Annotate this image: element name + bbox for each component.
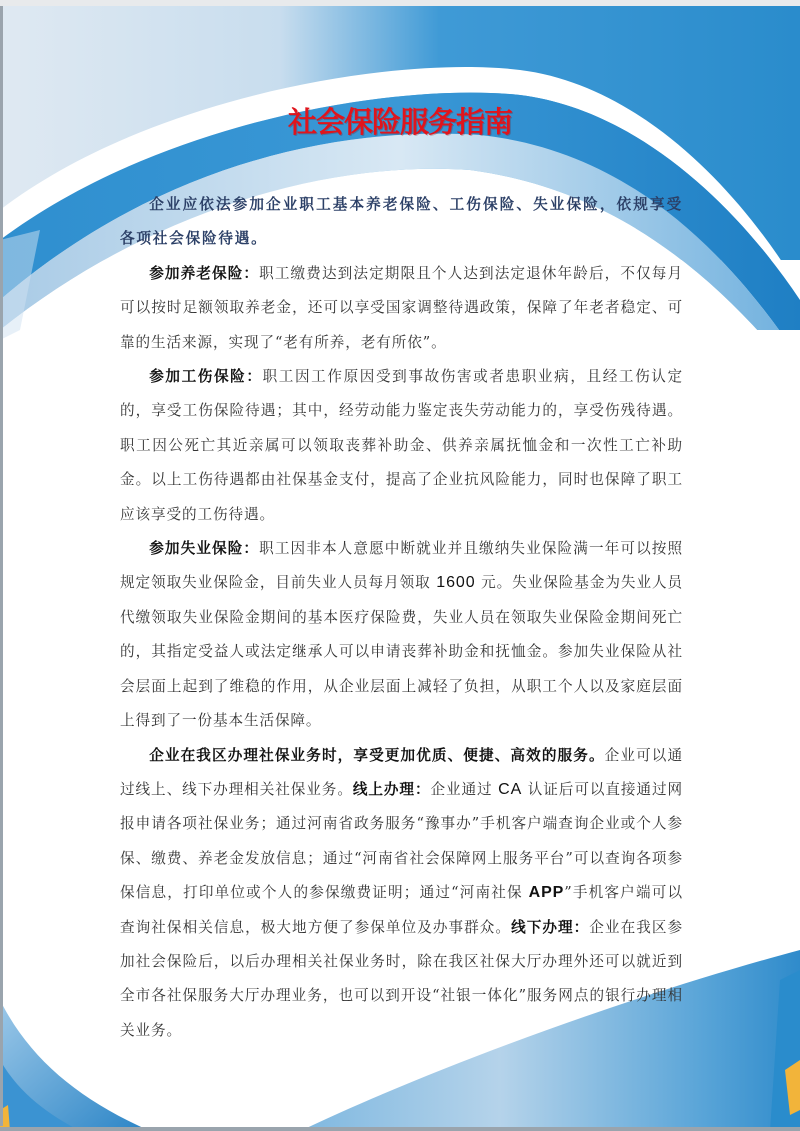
injury-paragraph: 参加工伤保险：职工因工作原因受到事故伤害或者患职业病，且经工伤认定的，享受工伤保… [120, 360, 683, 532]
pension-heading: 参加养老保险： [149, 265, 259, 282]
document-body: 企业应依法参加企业职工基本养老保险、工伤保险、失业保险，依规享受各项社会保险待遇… [120, 188, 683, 1048]
offline-body: 企业在我区参加社会保险后，以后办理相关社保业务时，除在我区社保大厅办理外还可以就… [120, 919, 683, 1039]
left-border [0, 6, 3, 1126]
unemployment-heading: 参加失业保险： [149, 540, 259, 557]
intro-paragraph: 企业应依法参加企业职工基本养老保险、工伤保险、失业保险，依规享受各项社会保险待遇… [120, 188, 683, 257]
app-label: APP [529, 884, 565, 901]
service-paragraph: 企业在我区办理社保业务时，享受更加优质、便捷、高效的服务。企业可以通过线上、线下… [120, 739, 683, 1049]
document-page: 社会保险服务指南 企业应依法参加企业职工基本养老保险、工伤保险、失业保险，依规享… [0, 0, 800, 1131]
injury-heading: 参加工伤保险： [149, 368, 262, 385]
offline-heading: 线下办理： [511, 919, 589, 936]
page-title: 社会保险服务指南 [0, 100, 800, 141]
service-heading: 企业在我区办理社保业务时，享受更加优质、便捷、高效的服务。 [149, 747, 604, 764]
ca-label: CA [498, 781, 522, 798]
unemployment-body-2: 元。失业保险基金为失业人员代缴领取失业保险金期间的基本医疗保险费，失业人员在领取… [120, 574, 683, 729]
pension-paragraph: 参加养老保险：职工缴费达到法定期限且个人达到法定退休年龄后，不仅每月可以按时足额… [120, 257, 683, 360]
injury-body: 职工因工作原因受到事故伤害或者患职业病，且经工伤认定的，享受工伤保险待遇；其中，… [120, 368, 683, 523]
bottom-border [0, 1127, 800, 1131]
unemployment-paragraph: 参加失业保险：职工因非本人意愿中断就业并且缴纳失业保险满一年可以按照规定领取失业… [120, 532, 683, 738]
top-border [0, 0, 800, 6]
online-heading: 线上办理： [353, 781, 431, 798]
online-body-1: 企业通过 [430, 781, 492, 798]
unemployment-amount: 1600 [436, 574, 475, 591]
